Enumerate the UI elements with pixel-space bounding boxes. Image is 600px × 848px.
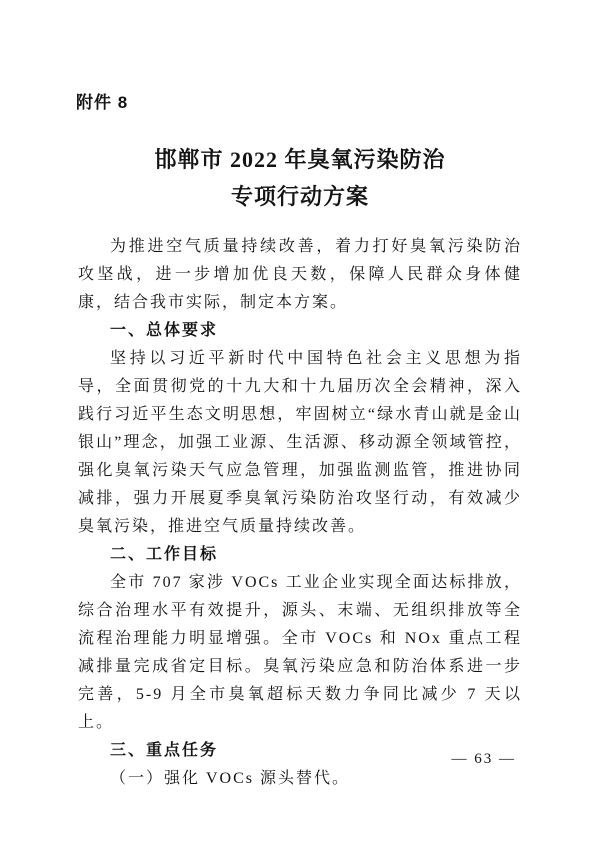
- paragraph-general-requirements: 坚持以习近平新时代中国特色社会主义思想为指导，全面贯彻党的十九大和十九届历次全会…: [78, 345, 522, 541]
- section-heading-general-requirements: 一、总体要求: [78, 317, 522, 345]
- paragraph-work-goals: 全市 707 家涉 VOCs 工业企业实现全面达标排放，综合治理水平有效提升，源…: [78, 569, 522, 737]
- title-line-1: 邯郸市 2022 年臭氧污染防治: [0, 141, 600, 178]
- document-body: 为推进空气质量持续改善，着力打好臭氧污染防治攻坚战，进一步增加优良天数，保障人民…: [78, 233, 522, 793]
- page-number: — 63 —: [452, 751, 517, 768]
- subsection-heading-vocs-source-substitution: （一）强化 VOCs 源头替代。: [78, 765, 522, 793]
- paragraph-intro: 为推进空气质量持续改善，着力打好臭氧污染防治攻坚战，进一步增加优良天数，保障人民…: [78, 233, 522, 317]
- document-page: 附件 8 邯郸市 2022 年臭氧污染防治 专项行动方案 为推进空气质量持续改善…: [0, 0, 600, 848]
- document-title: 邯郸市 2022 年臭氧污染防治 专项行动方案: [0, 141, 600, 215]
- section-heading-work-goals: 二、工作目标: [78, 541, 522, 569]
- title-line-2: 专项行动方案: [0, 178, 600, 215]
- attachment-label: 附件 8: [76, 88, 128, 113]
